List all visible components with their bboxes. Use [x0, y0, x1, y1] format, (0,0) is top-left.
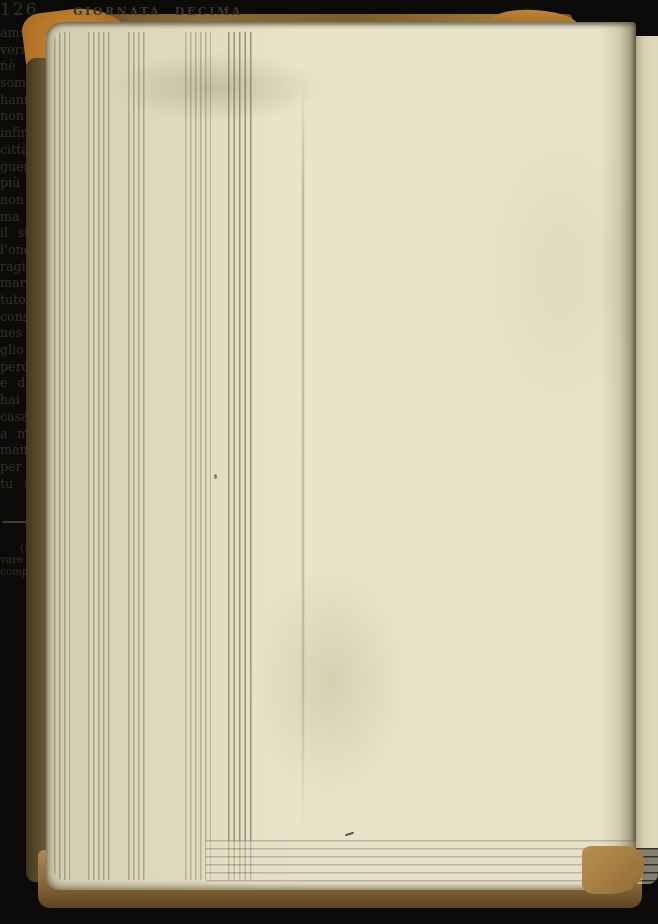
scanned-book-photo: 126 GIORNATA DECIMA ammassati se’ dato .…: [0, 0, 658, 924]
facing-page-sliver: [636, 36, 658, 848]
page-header: 126 GIORNATA DECIMA: [0, 0, 316, 25]
page-edge-crease: [54, 32, 70, 880]
paper-stain: [106, 52, 326, 122]
page-edge-crease: [128, 32, 148, 880]
gutter-shadow: [600, 22, 636, 890]
paper-speck: [345, 832, 354, 837]
running-header: GIORNATA DECIMA: [0, 5, 316, 18]
book-page: [46, 22, 636, 890]
paper-stain: [251, 562, 411, 802]
page-edge-crease: [185, 32, 211, 880]
page-edge-crease: [88, 32, 110, 880]
paper-speck: [214, 474, 217, 479]
